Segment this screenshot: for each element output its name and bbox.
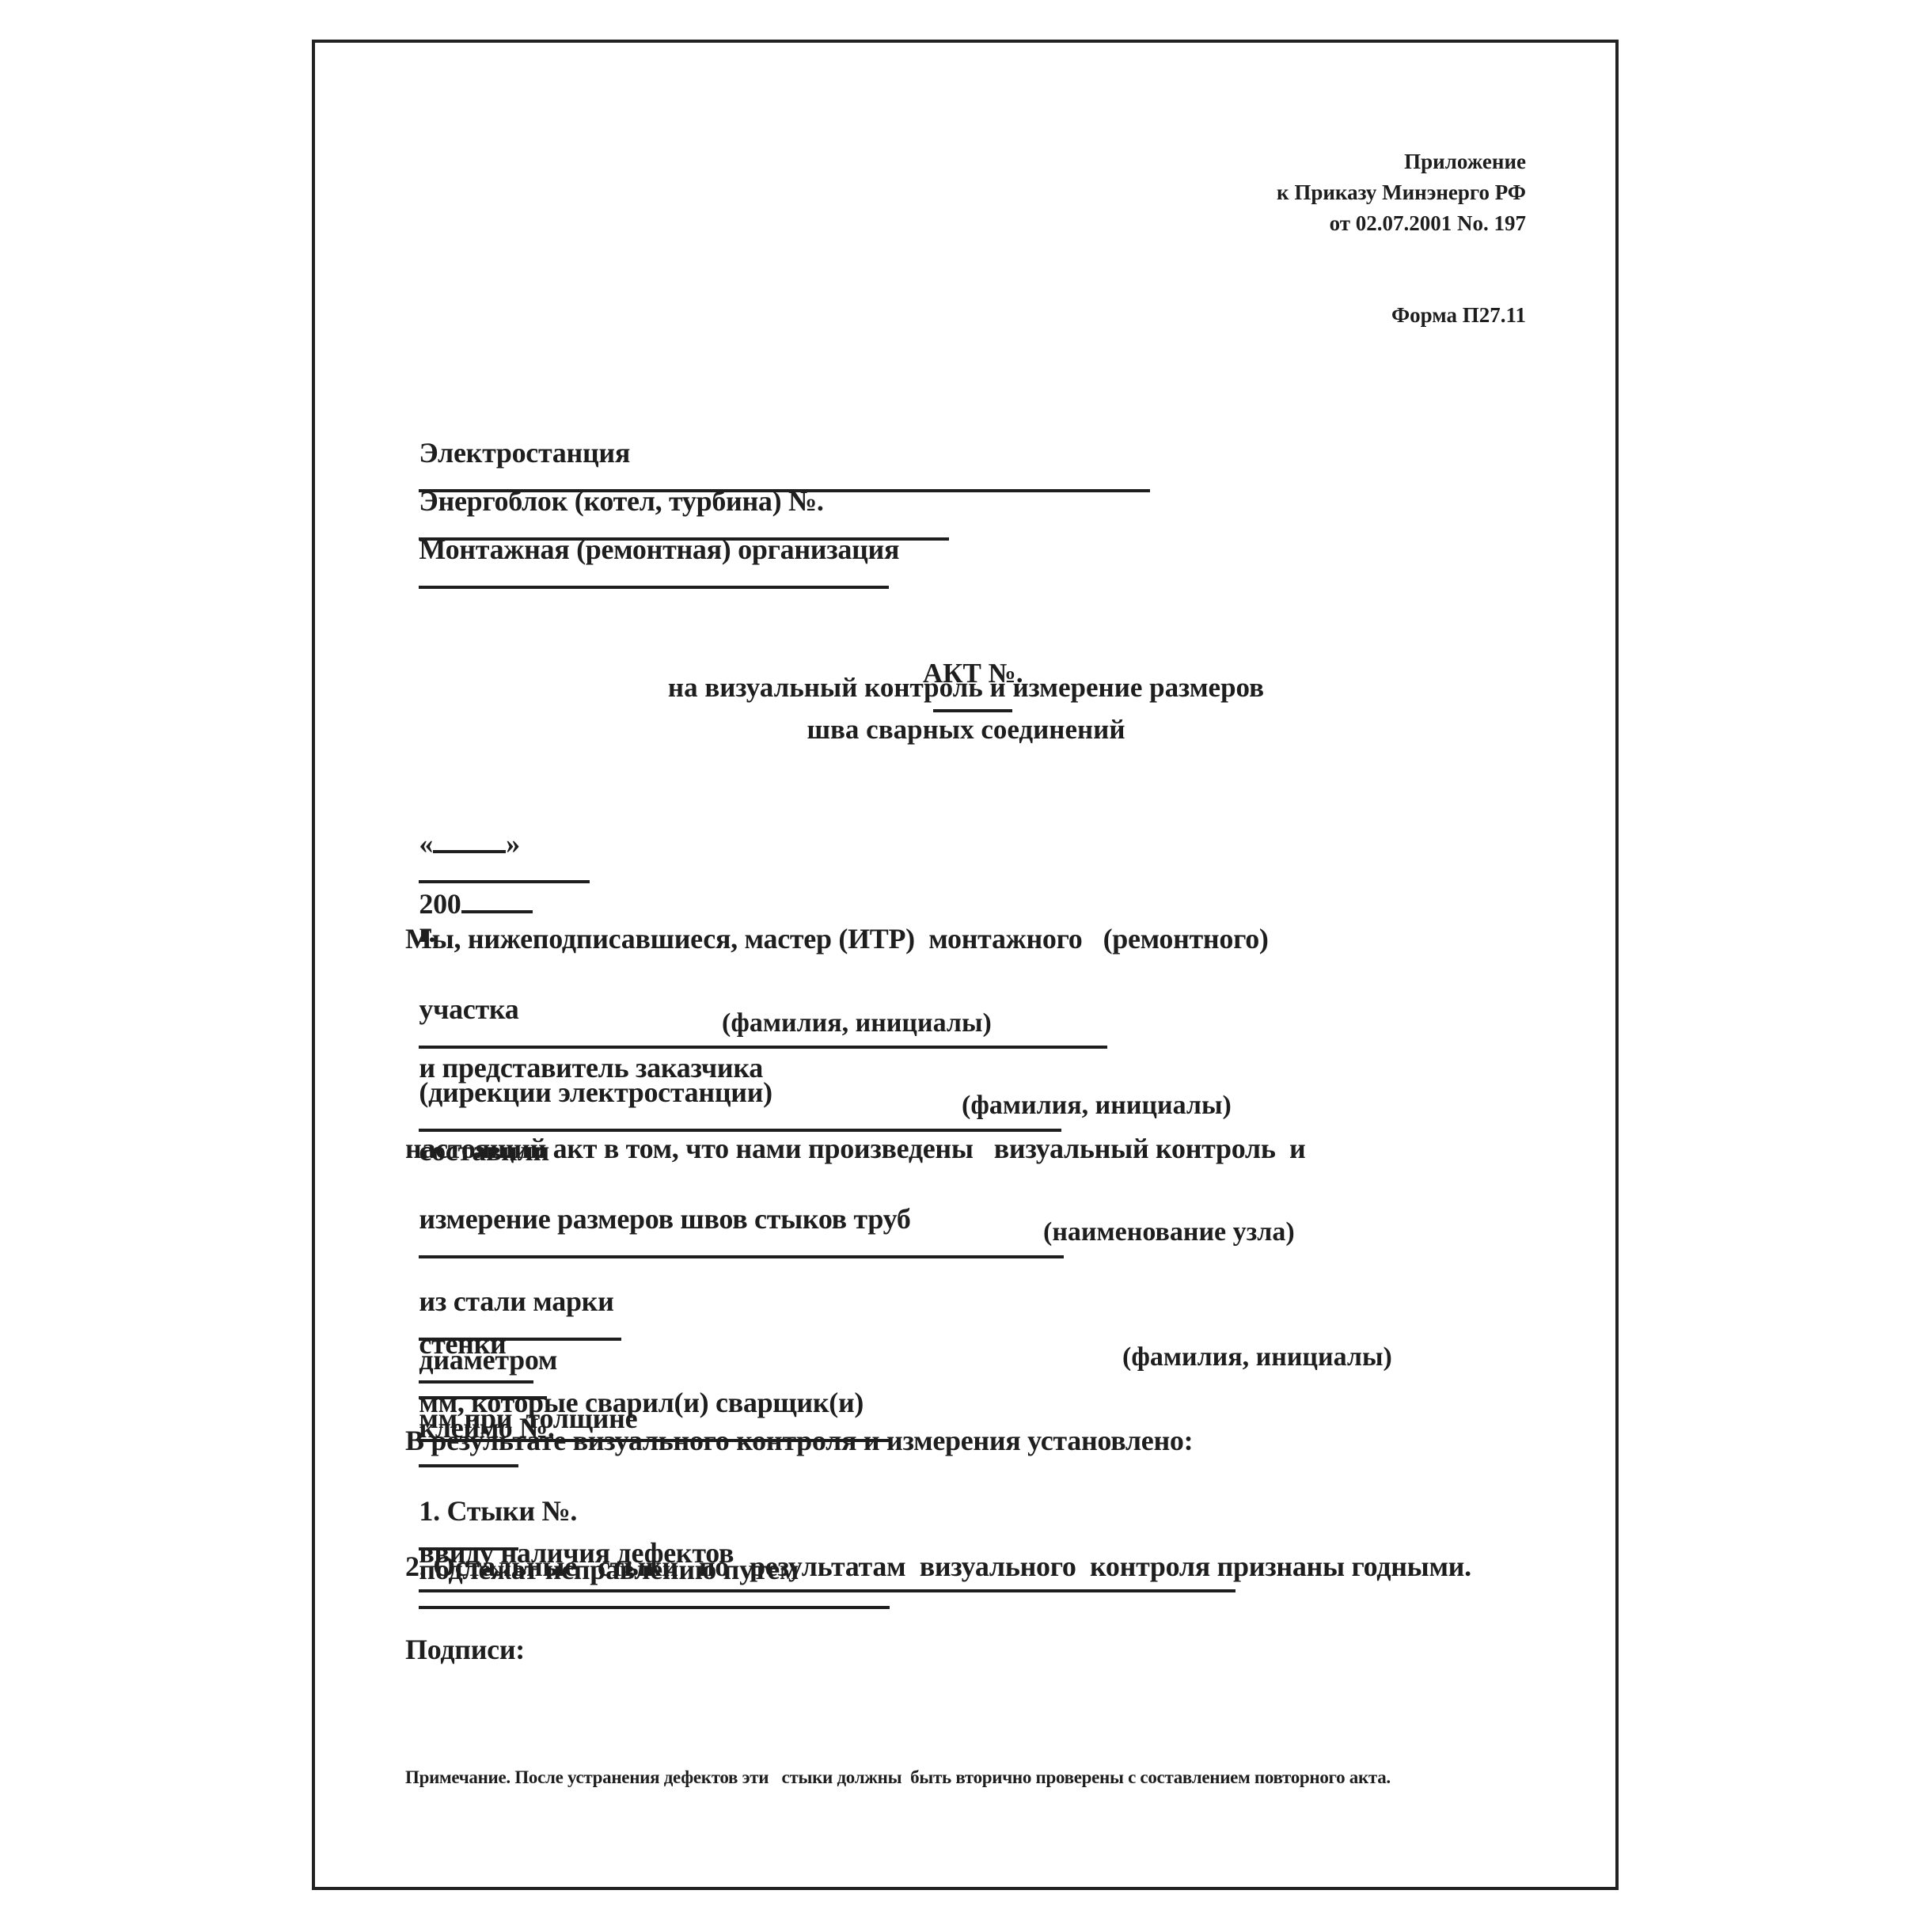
pipe-joint-label: измерение размеров швов стыков труб	[419, 1203, 910, 1235]
body-line-4: настоящий акт в том, что нами произведен…	[405, 1134, 1305, 1163]
hint-node-name: (наименование узла)	[1043, 1219, 1295, 1246]
hint-welder-name: (фамилия, инициалы)	[1122, 1344, 1392, 1371]
body-line-1: Мы, нижеподписавшиеся, мастер (ИТР) монт…	[405, 924, 1269, 953]
year-field[interactable]	[461, 888, 533, 913]
footer-note: Примечание. После устранения дефектов эт…	[405, 1768, 1391, 1786]
result-intro: В результате визуального контроля и изме…	[405, 1426, 1193, 1455]
pipe-joint-row: измерение размеров швов стыков труб	[405, 1176, 1064, 1263]
open-quote: «	[419, 828, 433, 860]
item-2: 2. Остальные стыки по результатам визуал…	[405, 1552, 1471, 1581]
wall-label: стенки	[419, 1328, 506, 1360]
form-code: Форма П27.11	[1391, 305, 1526, 326]
act-title-line-2: на визуальный контроль и измерение разме…	[0, 674, 1932, 701]
hint-customer-rep-name: (фамилия, инициалы)	[962, 1092, 1232, 1119]
organization-label: Монтажная (ремонтная) организация	[419, 533, 899, 565]
appendix-line-2: к Приказу Минэнерго РФ	[1277, 182, 1526, 203]
directorate-label: (дирекции электростанции)	[419, 1076, 772, 1108]
appendix-line-3: от 02.07.2001 No. 197	[1330, 213, 1526, 234]
close-quote: »	[506, 828, 520, 860]
hint-master-name: (фамилия, инициалы)	[722, 1010, 992, 1037]
appendix-line-1: Приложение	[1404, 151, 1526, 173]
year-prefix: 200	[419, 888, 461, 920]
day-field[interactable]	[433, 828, 506, 853]
node-name-field[interactable]	[419, 1233, 1064, 1258]
month-field[interactable]	[419, 858, 590, 883]
act-title-line-3: шва сварных соединений	[0, 715, 1932, 743]
organization-row: Монтажная (ремонтная) организация	[405, 507, 899, 594]
organization-field[interactable]	[419, 564, 889, 589]
section-label: участка	[419, 993, 518, 1025]
signatures-label: Подписи:	[405, 1635, 525, 1664]
wall-thickness-field[interactable]	[419, 1358, 533, 1384]
